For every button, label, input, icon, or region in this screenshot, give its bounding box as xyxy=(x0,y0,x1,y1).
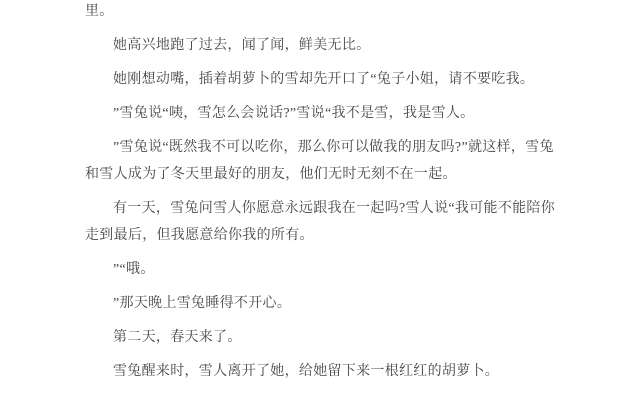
story-paragraph: 她高兴地跑了过去，闻了闻，鲜美无比。 xyxy=(85,32,563,59)
story-paragraph: ”雪兔说“咦，雪怎么会说话?”雪说“我不是雪，我是雪人。 xyxy=(85,100,563,127)
story-paragraph: 有一天，雪兔问雪人你愿意永远跟我在一起吗?雪人说“我可能不能陪你走到最后，但我愿… xyxy=(85,195,563,249)
story-paragraph: 第二天，春天来了。 xyxy=(85,324,563,351)
story-paragraph: ”那天晚上雪兔睡得不开心。 xyxy=(85,290,563,317)
story-text-block: 里。她高兴地跑了过去，闻了闻，鲜美无比。她刚想动嘴，插着胡萝卜的雪却先开口了“兔… xyxy=(85,0,563,392)
story-paragraph: 她刚想动嘴，插着胡萝卜的雪却先开口了“兔子小姐，请不要吃我。 xyxy=(85,66,563,93)
story-paragraph: 里。 xyxy=(85,0,563,25)
story-paragraph: ”雪兔说“既然我不可以吃你，那么你可以做我的朋友吗?”就这样，雪兔和雪人成为了冬… xyxy=(85,134,563,188)
story-paragraph: ”“哦。 xyxy=(85,256,563,283)
story-paragraph: 雪兔醒来时，雪人离开了她，给她留下来一根红红的胡萝卜。 xyxy=(85,358,563,385)
document-page: 里。她高兴地跑了过去，闻了闻，鲜美无比。她刚想动嘴，插着胡萝卜的雪却先开口了“兔… xyxy=(0,0,640,400)
screenshot-root: { "page": { "background_color": "#ffffff… xyxy=(0,0,640,400)
